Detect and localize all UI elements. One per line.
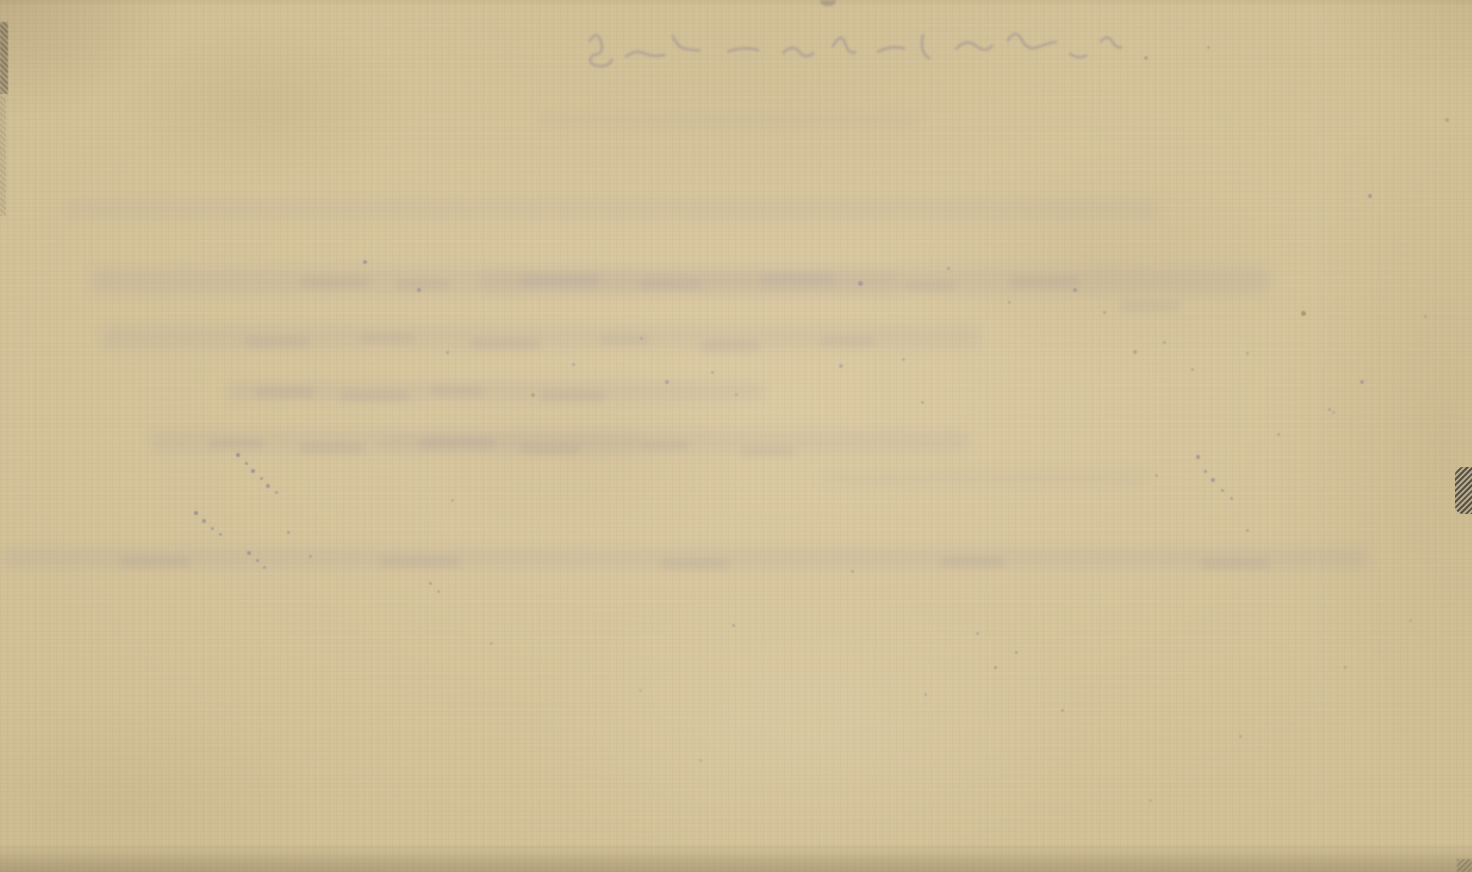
- ink-speck: [275, 491, 278, 494]
- ink-speck: [194, 511, 198, 515]
- ink-speck: [1445, 118, 1449, 122]
- bleedthrough-word: [300, 276, 370, 288]
- ink-speck: [251, 469, 255, 473]
- ink-speck: [735, 393, 738, 396]
- bleedthrough-word: [940, 556, 1005, 568]
- ink-speck: [1149, 799, 1152, 802]
- ink-speck: [1277, 433, 1280, 436]
- ink-speck: [1133, 350, 1137, 354]
- ink-speck: [1073, 288, 1077, 292]
- bleedthrough-word: [470, 338, 540, 350]
- ink-speck: [1328, 408, 1331, 411]
- ink-speck: [256, 559, 259, 562]
- bleedthrough-word: [540, 390, 605, 402]
- ink-speck: [699, 759, 702, 762]
- bleedthrough-word: [255, 386, 315, 398]
- ink-speck: [263, 566, 266, 569]
- ink-speck: [851, 570, 854, 573]
- bleedthrough-word: [210, 438, 265, 449]
- bleedthrough-word: [905, 280, 955, 291]
- ink-speck: [417, 288, 421, 292]
- ink-speck: [287, 531, 290, 534]
- bleedthrough-word: [340, 390, 410, 402]
- bottom-fold-line: [0, 846, 1472, 848]
- ink-speck: [639, 689, 642, 692]
- ink-speck: [572, 363, 575, 366]
- bleedthrough-word: [740, 446, 795, 457]
- bleedthrough-word: [700, 340, 760, 352]
- ink-speck: [1015, 651, 1018, 654]
- bleedthrough-word: [380, 556, 460, 568]
- bottom-right-hatch-artifact: [1457, 859, 1472, 872]
- ink-speck: [1360, 380, 1364, 384]
- ink-speck: [1191, 368, 1194, 371]
- ink-speck: [202, 519, 206, 523]
- bleedthrough-band: [380, 436, 640, 450]
- ink-speck: [260, 477, 263, 480]
- bleedthrough-word: [245, 336, 310, 348]
- bleedthrough-band: [60, 200, 1160, 218]
- bleedthrough-band: [540, 114, 920, 128]
- ink-speck: [247, 551, 251, 555]
- ink-speck: [1246, 529, 1249, 532]
- ink-speck: [1144, 56, 1148, 60]
- ink-speck: [490, 642, 493, 645]
- ink-speck: [446, 351, 449, 354]
- ink-speck: [994, 666, 997, 669]
- faded-handwriting: [578, 11, 1139, 75]
- bleedthrough-word: [430, 385, 485, 396]
- bottom-shadow-band: [0, 846, 1472, 872]
- ink-speck: [732, 624, 735, 627]
- bleedthrough-word: [520, 274, 600, 287]
- bleedthrough-word: [640, 440, 690, 451]
- ink-speck: [429, 582, 432, 585]
- ink-speck: [711, 371, 714, 374]
- bleedthrough-word: [300, 442, 365, 454]
- bleedthrough-word: [760, 273, 835, 285]
- bleedthrough-word: [1120, 300, 1180, 312]
- paper-scan: [0, 0, 1472, 872]
- ink-speck: [1246, 352, 1249, 355]
- ink-speck: [1211, 478, 1215, 482]
- ink-speck: [437, 590, 440, 593]
- ink-speck: [236, 453, 240, 457]
- ink-speck: [924, 693, 927, 696]
- ink-speck: [309, 555, 312, 558]
- ink-speck: [1061, 709, 1064, 712]
- ink-speck: [858, 281, 863, 286]
- right-edge-hatch-artifact: [1455, 467, 1472, 514]
- top-edge-shadow: [0, 0, 1472, 6]
- ink-speck: [1008, 301, 1011, 304]
- ink-speck: [1196, 455, 1200, 459]
- ink-speck: [1230, 497, 1233, 500]
- ink-speck: [1204, 470, 1207, 473]
- ink-speck: [1163, 341, 1166, 344]
- ink-speck: [947, 267, 950, 270]
- ink-speck: [531, 393, 535, 397]
- bleedthrough-word: [120, 556, 190, 568]
- ink-speck: [1301, 311, 1306, 316]
- left-edge-hatch-artifact-faint: [0, 96, 6, 216]
- bleedthrough-word: [1200, 558, 1270, 570]
- ink-speck: [1155, 474, 1158, 477]
- ink-speck: [266, 484, 270, 488]
- ink-speck: [839, 364, 843, 368]
- bleedthrough-word: [660, 558, 730, 570]
- bleedthrough-word: [360, 332, 415, 343]
- ink-speck: [211, 527, 214, 530]
- ink-speck: [1103, 311, 1106, 314]
- ink-speck: [1344, 666, 1347, 669]
- ink-speck: [245, 462, 248, 465]
- bleedthrough-word: [395, 279, 450, 290]
- bleedthrough-word: [640, 278, 700, 289]
- ink-speck: [1239, 735, 1242, 738]
- vertical-crease-right: [1316, 0, 1319, 872]
- left-edge-hatch-artifact: [0, 22, 8, 94]
- bleedthrough-word: [520, 444, 580, 455]
- ink-speck: [665, 380, 669, 384]
- ink-speck: [1332, 411, 1335, 414]
- ink-speck: [902, 358, 905, 361]
- ink-speck: [921, 401, 924, 404]
- ink-speck: [363, 260, 367, 264]
- ink-speck: [976, 632, 979, 635]
- ink-speck: [1424, 315, 1427, 318]
- ink-speck: [640, 337, 643, 340]
- bleedthrough-word: [420, 437, 495, 449]
- bleedthrough-word: [600, 334, 650, 345]
- bleedthrough-word: [1010, 276, 1080, 288]
- ink-speck: [1409, 619, 1412, 622]
- ink-speck: [1221, 489, 1224, 492]
- ink-speck: [219, 533, 222, 536]
- bleedthrough-word: [820, 336, 875, 347]
- bleedthrough-band: [820, 470, 1150, 486]
- ink-speck: [451, 499, 454, 502]
- ink-speck: [1368, 194, 1372, 198]
- ink-speck: [1207, 46, 1210, 49]
